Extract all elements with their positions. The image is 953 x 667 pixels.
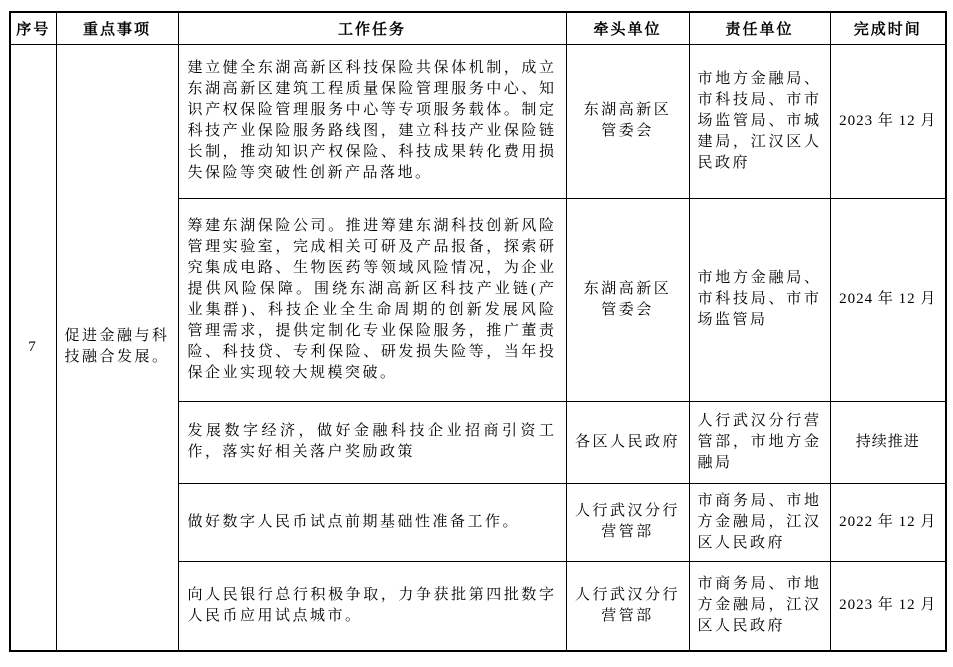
responsible-unit-cell: 市地方金融局、市科技局、市市场监管局、市城建局，江汉区人民政府 xyxy=(689,44,830,198)
deadline-cell: 2023 年 12 月 xyxy=(830,561,946,651)
key-item-cell: 促进金融与科技融合发展。 xyxy=(56,44,178,651)
deadline-cell: 2022 年 12 月 xyxy=(830,483,946,561)
responsible-unit-cell: 市商务局、市地方金融局，江汉区人民政府 xyxy=(689,561,830,651)
deadline-cell: 2024 年 12 月 xyxy=(830,198,946,401)
responsible-unit-cell: 市商务局、市地方金融局，江汉区人民政府 xyxy=(689,483,830,561)
work-plan-table: 序号 重点事项 工作任务 牵头单位 责任单位 完成时间 7 促进金融与科技融合发… xyxy=(9,11,947,652)
lead-unit-cell: 各区人民政府 xyxy=(566,401,689,483)
table-row: 7 促进金融与科技融合发展。 建立健全东湖高新区科技保险共保体机制，成立东湖高新… xyxy=(10,44,946,198)
col-header-responsible-unit: 责任单位 xyxy=(689,12,830,44)
col-header-index: 序号 xyxy=(10,12,56,44)
lead-unit-cell: 东湖高新区 管委会 xyxy=(566,198,689,401)
col-header-lead-unit: 牵头单位 xyxy=(566,12,689,44)
task-cell: 建立健全东湖高新区科技保险共保体机制，成立东湖高新区建筑工程质量保险管理服务中心… xyxy=(178,44,566,198)
col-header-task: 工作任务 xyxy=(178,12,566,44)
document-page: 序号 重点事项 工作任务 牵头单位 责任单位 完成时间 7 促进金融与科技融合发… xyxy=(0,0,953,667)
row-number-cell: 7 xyxy=(10,44,56,651)
deadline-cell: 持续推进 xyxy=(830,401,946,483)
lead-unit-cell: 人行武汉分行 营管部 xyxy=(566,561,689,651)
col-header-deadline: 完成时间 xyxy=(830,12,946,44)
task-cell: 发展数字经济，做好金融科技企业招商引资工作，落实好相关落户奖励政策 xyxy=(178,401,566,483)
responsible-unit-cell: 市地方金融局、市科技局、市市场监管局 xyxy=(689,198,830,401)
lead-unit-cell: 东湖高新区 管委会 xyxy=(566,44,689,198)
task-cell: 向人民银行总行积极争取，力争获批第四批数字人民币应用试点城市。 xyxy=(178,561,566,651)
deadline-cell: 2023 年 12 月 xyxy=(830,44,946,198)
task-cell: 筹建东湖保险公司。推进筹建东湖科技创新风险管理实验室，完成相关可研及产品报备，探… xyxy=(178,198,566,401)
header-row: 序号 重点事项 工作任务 牵头单位 责任单位 完成时间 xyxy=(10,12,946,44)
responsible-unit-cell: 人行武汉分行营管部，市地方金融局 xyxy=(689,401,830,483)
col-header-key-item: 重点事项 xyxy=(56,12,178,44)
task-cell: 做好数字人民币试点前期基础性准备工作。 xyxy=(178,483,566,561)
lead-unit-cell: 人行武汉分行 营管部 xyxy=(566,483,689,561)
